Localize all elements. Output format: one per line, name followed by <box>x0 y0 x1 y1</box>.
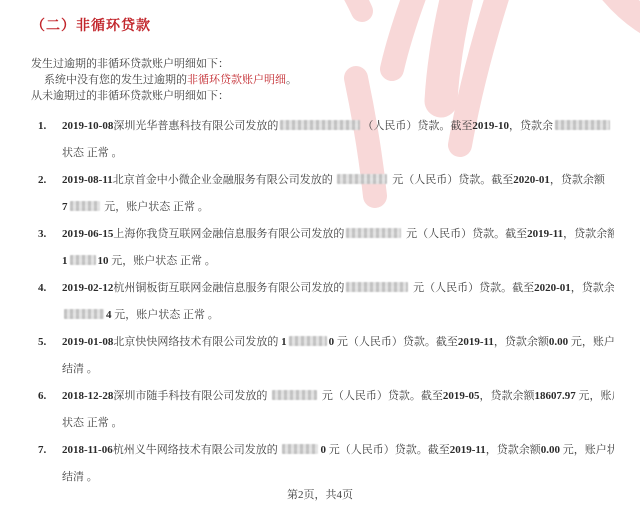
body-text: 元（人民币）贷款。截至 <box>389 174 513 186</box>
loan-number: 1. <box>38 113 46 140</box>
loan-line: 4 元，账户状态 正常 。 <box>62 302 614 329</box>
section-title: （二）非循环贷款 <box>31 0 614 35</box>
document-body: （二）非循环贷款 发生过逾期的非循环贷款账户明细如下：系统中没有您的发生过逾期的… <box>0 0 640 491</box>
loan-line: 110 元，账户状态 正常 。 <box>62 248 614 275</box>
redacted-value <box>70 201 100 211</box>
loan-line: 2019-10-08深圳光华普惠科技有限公司发放的（人民币）贷款。截至2019-… <box>62 113 614 140</box>
highlight-text: 非循环贷款账户明细 <box>187 74 286 86</box>
body-text: ，贷款余额 <box>486 444 541 456</box>
intro-paragraphs: 发生过逾期的非循环贷款账户明细如下：系统中没有您的发生过逾期的非循环贷款账户明细… <box>31 56 614 104</box>
value-text: 2019-11 <box>527 228 563 240</box>
redacted-value <box>346 282 408 292</box>
value-text: 1 <box>62 255 68 267</box>
value-text: 7 <box>62 201 68 213</box>
loan-line: 2019-02-12杭州铜板街互联网金融信息服务有限公司发放的 元（人民币）贷款… <box>62 275 614 302</box>
loan-item: 2.2019-08-11北京首金中小微企业金融服务有限公司发放的 元（人民币）贷… <box>31 167 614 221</box>
credit-report-page: （二）非循环贷款 发生过逾期的非循环贷款账户明细如下：系统中没有您的发生过逾期的… <box>0 0 640 516</box>
loan-item: 7.2018-11-06杭州义牛网络技术有限公司发放的 0 元（人民币）贷款。截… <box>31 437 614 491</box>
body-text: 元，账户状态 正常 。 <box>109 255 216 267</box>
redacted-value <box>337 174 387 184</box>
body-text: 状态 正常 。 <box>62 147 123 159</box>
body-text: 从未逾期过的非循环贷款账户明细如下： <box>31 90 229 102</box>
body-text: 北京快快网络技术有限公司发放的 <box>113 336 281 348</box>
loan-item: 5.2019-01-08北京快快网络技术有限公司发放的 10 元（人民币）贷款。… <box>31 329 614 383</box>
body-text: 深圳光华普惠科技有限公司发放的 <box>113 120 278 132</box>
value-text: 10 <box>98 255 109 267</box>
redacted-value <box>282 444 318 454</box>
redacted-value <box>555 120 610 130</box>
body-text: 。 <box>286 74 297 86</box>
body-text: 元（人民币）贷款。截至 <box>326 444 450 456</box>
loan-line: 结清 。 <box>62 356 614 383</box>
value-text: 2019-02-12 <box>62 282 113 294</box>
value-text: 2020-01 <box>534 282 571 294</box>
loan-item: 3.2019-06-15上海你我贷互联网金融信息服务有限公司发放的 元（人民币）… <box>31 221 614 275</box>
redacted-value <box>272 390 317 400</box>
loan-line: 7 元，账户状态 正常 。 <box>62 194 614 221</box>
body-text: ，贷款余额 <box>550 174 605 186</box>
value-text: 1 <box>281 336 287 348</box>
intro-line: 发生过逾期的非循环贷款账户明细如下： <box>31 56 614 72</box>
intro-line: 系统中没有您的发生过逾期的非循环贷款账户明细。 <box>31 72 614 88</box>
loan-number: 7. <box>38 437 46 464</box>
body-text: 发生过逾期的非循环贷款账户明细如下： <box>31 58 229 70</box>
body-text: 系统中没有您的发生过逾期的 <box>44 74 187 86</box>
body-text: 杭州铜板街互联网金融信息服务有限公司发放的 <box>113 282 344 294</box>
body-text: 结清 。 <box>62 363 98 375</box>
body-text: 元，账户状态 正常 。 <box>102 201 209 213</box>
redacted-value <box>280 120 360 130</box>
body-text: 上海你我贷互联网金融信息服务有限公司发放的 <box>113 228 344 240</box>
body-text: 元，账户 <box>576 390 614 402</box>
loan-line: 2018-12-28深圳市随手科技有限公司发放的 元（人民币）贷款。截至2019… <box>62 383 614 410</box>
loan-line: 2019-06-15上海你我贷互联网金融信息服务有限公司发放的 元（人民币）贷款… <box>62 221 614 248</box>
body-text: 元，账户状态 <box>568 336 614 348</box>
loan-line: 状态 正常 。 <box>62 140 614 167</box>
loan-item: 1.2019-10-08深圳光华普惠科技有限公司发放的（人民币）贷款。截至201… <box>31 113 614 167</box>
value-text: 2019-10 <box>472 120 509 132</box>
intro-line: 从未逾期过的非循环贷款账户明细如下： <box>31 88 614 104</box>
redacted-value <box>64 309 104 319</box>
redacted-value <box>289 336 327 346</box>
loan-line: 状态 正常 。 <box>62 410 614 437</box>
value-text: 18607.97 <box>535 390 576 402</box>
value-text: 2019-06-15 <box>62 228 113 240</box>
value-text: 2018-11-06 <box>62 444 113 456</box>
body-text: ，贷款余 <box>509 120 553 132</box>
body-text: 元，账户状态 正常 。 <box>112 309 219 321</box>
value-text: 2019-11 <box>458 336 494 348</box>
page-number: 第2页，共4页 <box>0 486 640 502</box>
loan-line: 2018-11-06杭州义牛网络技术有限公司发放的 0 元（人民币）贷款。截至2… <box>62 437 614 464</box>
value-text: 2019-10-08 <box>62 120 113 132</box>
value-text: 2019-11 <box>450 444 486 456</box>
value-text: 2019-01-08 <box>62 336 113 348</box>
body-text: 元（人民币）贷款。截至 <box>334 336 458 348</box>
body-text: ，贷款余额 <box>494 336 549 348</box>
loan-line: 2019-01-08北京快快网络技术有限公司发放的 10 元（人民币）贷款。截至… <box>62 329 614 356</box>
body-text: 深圳市随手科技有限公司发放的 <box>113 390 270 402</box>
redacted-value <box>70 255 96 265</box>
value-text: 0.00 <box>549 336 568 348</box>
value-text: 2020-01 <box>513 174 550 186</box>
body-text: 状态 正常 。 <box>62 417 123 429</box>
loan-number: 6. <box>38 383 46 410</box>
loan-list: 1.2019-10-08深圳光华普惠科技有限公司发放的（人民币）贷款。截至201… <box>31 113 614 491</box>
body-text: 元（人民币）贷款。截至 <box>410 282 534 294</box>
body-text: 结清 。 <box>62 471 98 483</box>
value-text: 2018-12-28 <box>62 390 113 402</box>
body-text: ，贷款余额 <box>563 228 614 240</box>
value-text: 2019-05 <box>443 390 480 402</box>
loan-number: 3. <box>38 221 46 248</box>
loan-number: 2. <box>38 167 46 194</box>
body-text: ，贷款余额 <box>571 282 614 294</box>
body-text: 元（人民币）贷款。截至 <box>403 228 527 240</box>
value-text: 2019-08-11 <box>62 174 113 186</box>
body-text: 元，账户状态 <box>560 444 614 456</box>
body-text: 北京首金中小微企业金融服务有限公司发放的 <box>113 174 336 186</box>
body-text: 元，账户 <box>612 120 614 132</box>
body-text: 杭州义牛网络技术有限公司发放的 <box>113 444 281 456</box>
body-text: （人民币）贷款。截至 <box>362 120 472 132</box>
loan-item: 4.2019-02-12杭州铜板街互联网金融信息服务有限公司发放的 元（人民币）… <box>31 275 614 329</box>
body-text: ，贷款余额 <box>480 390 535 402</box>
loan-line: 2019-08-11北京首金中小微企业金融服务有限公司发放的 元（人民币）贷款。… <box>62 167 614 194</box>
redacted-value <box>346 228 401 238</box>
body-text: 元（人民币）贷款。截至 <box>319 390 443 402</box>
value-text: 0.00 <box>541 444 560 456</box>
loan-number: 5. <box>38 329 46 356</box>
loan-number: 4. <box>38 275 46 302</box>
loan-item: 6.2018-12-28深圳市随手科技有限公司发放的 元（人民币）贷款。截至20… <box>31 383 614 437</box>
